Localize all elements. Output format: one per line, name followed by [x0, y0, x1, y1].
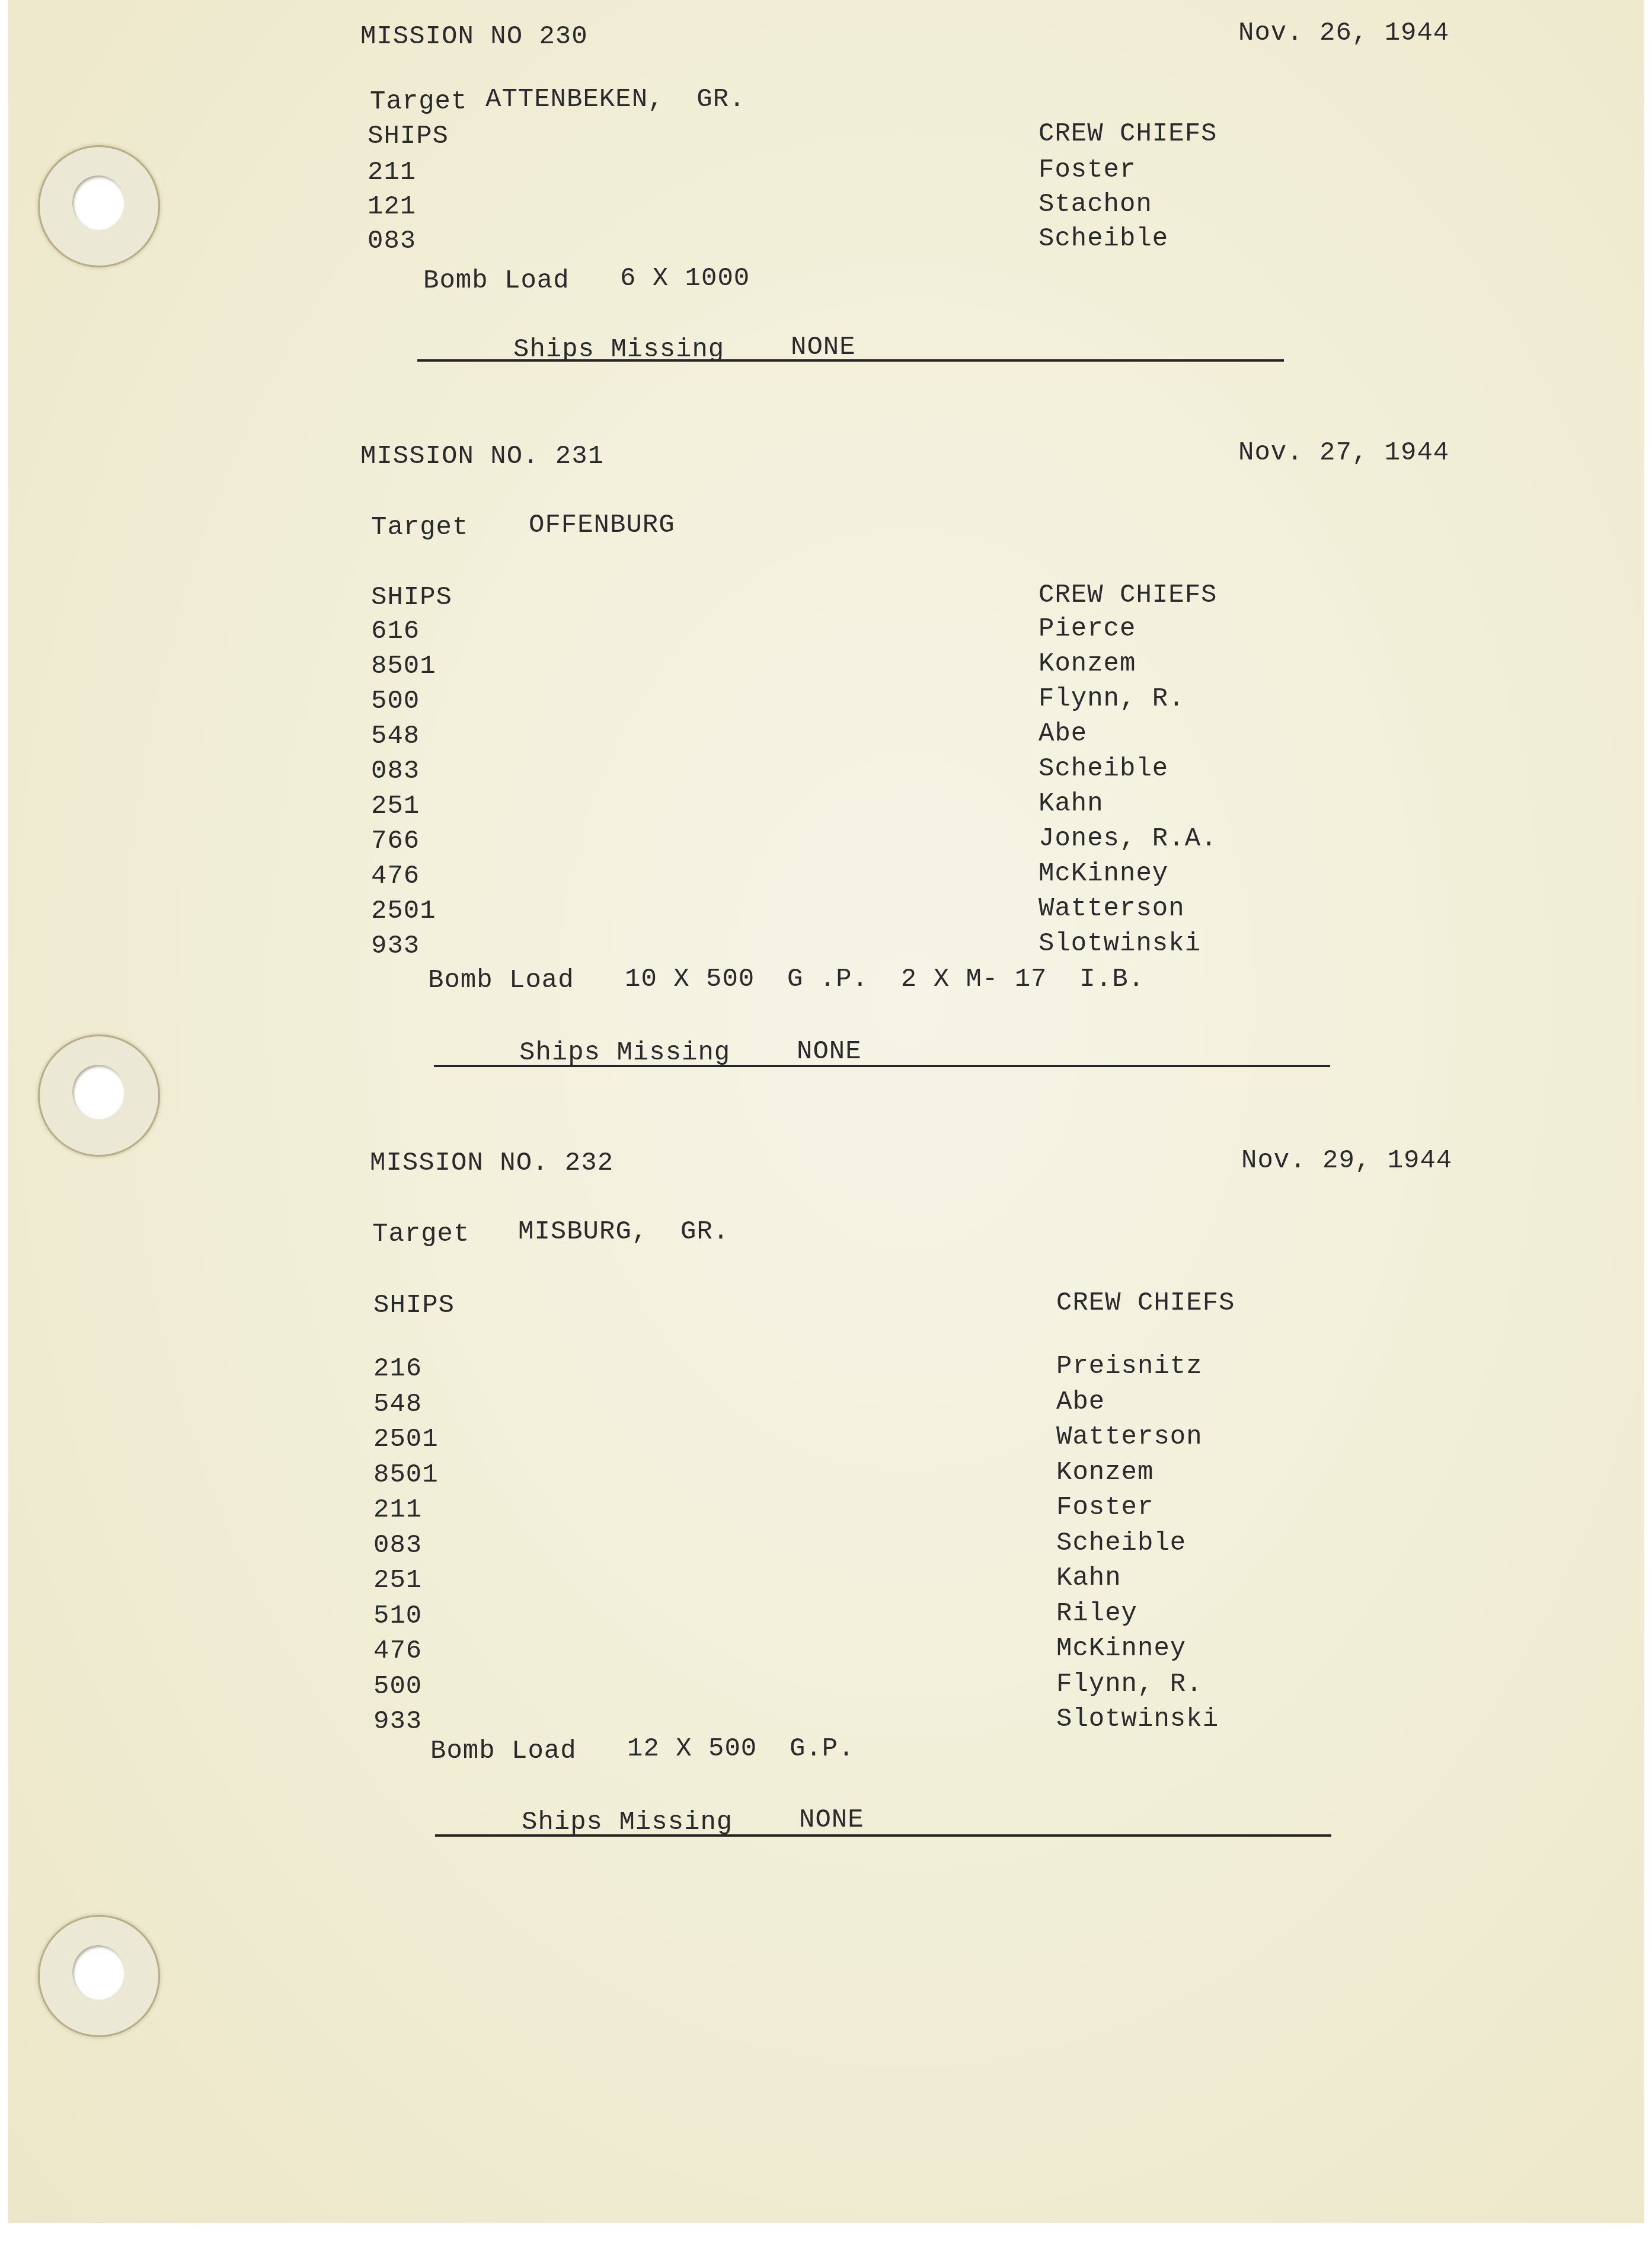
binder-hole: [72, 1065, 124, 1119]
mission-title: MISSION NO. 231: [360, 443, 604, 470]
ship-number: 2501: [371, 894, 436, 929]
crew-chiefs-header: CREW CHIEFS: [1039, 121, 1217, 147]
target-value: ATTENBEKEN, GR.: [485, 87, 745, 113]
target-label: Target: [372, 1221, 469, 1247]
ship-number: 500: [373, 1670, 439, 1705]
binder-hole: [72, 175, 124, 230]
crew-chief-name: Flynn, R.: [1039, 682, 1217, 717]
crew-chief-name: Kahn: [1056, 1561, 1219, 1597]
ship-number: 476: [373, 1634, 439, 1670]
ship-number: 548: [373, 1387, 439, 1423]
ships-header: SHIPS: [373, 1292, 455, 1319]
crew-chief-name: McKinney: [1056, 1632, 1219, 1667]
ship-number: 216: [373, 1352, 439, 1387]
crew-chief-name: Abe: [1039, 717, 1217, 752]
ship-number: 083: [368, 224, 416, 258]
ship-number: 083: [373, 1528, 439, 1564]
crew-chief-name: Flynn, R.: [1056, 1667, 1219, 1703]
crew-chief-name: Slotwinski: [1039, 927, 1217, 962]
crew-chief-name: Watterson: [1039, 892, 1217, 927]
bomb-load-label: Bomb Load: [430, 1738, 577, 1764]
crew-chief-name: Konzem: [1056, 1455, 1219, 1491]
ship-number: 083: [371, 754, 436, 789]
crew-chief-name: Slotwinski: [1056, 1702, 1219, 1738]
ship-number: 476: [371, 859, 436, 894]
ships-missing-label: Ships Missing: [519, 1040, 730, 1066]
ships-missing-value: NONE: [797, 1039, 862, 1065]
section-divider-line: [435, 1834, 1331, 1837]
crew-chief-name: Scheible: [1056, 1526, 1219, 1562]
crew-chief-name: Foster: [1056, 1490, 1219, 1526]
ship-number: 121: [368, 190, 416, 224]
ship-number: 211: [373, 1493, 439, 1528]
binder-hole-reinforcement-top: [38, 145, 160, 267]
target-value: OFFENBURG: [529, 512, 675, 538]
crew-chief-name: Preisnitz: [1056, 1349, 1219, 1385]
binder-hole-reinforcement-bottom: [38, 1915, 160, 2037]
ship-number: 211: [368, 155, 416, 190]
crew-chief-name: McKinney: [1039, 857, 1217, 892]
ships-list: 211 121 083: [368, 155, 416, 258]
mission-title: MISSION NO. 232: [370, 1150, 613, 1176]
crew-chiefs-list: Foster Stachon Scheible: [1039, 153, 1168, 256]
crew-chief-name: Kahn: [1039, 787, 1217, 822]
ship-number: 933: [371, 929, 436, 964]
binder-hole-reinforcement-middle: [38, 1035, 160, 1157]
crew-chief-name: Konzem: [1039, 647, 1217, 682]
ships-list: 216 548 2501 8501 211 083 251 510 476 50…: [373, 1352, 439, 1740]
target-value: MISBURG, GR.: [518, 1219, 729, 1245]
typewritten-page: MISSION NO 230 Nov. 26, 1944 Target ATTE…: [8, 0, 1644, 2223]
ships-header: SHIPS: [368, 123, 449, 149]
target-label: Target: [370, 89, 467, 115]
ship-number: 766: [371, 824, 436, 859]
crew-chief-name: Scheible: [1039, 222, 1168, 256]
ship-number: 251: [371, 789, 436, 824]
ship-number: 500: [371, 684, 436, 719]
mission-date: Nov. 29, 1944: [1241, 1148, 1452, 1174]
ships-missing-value: NONE: [799, 1807, 864, 1833]
target-label: Target: [371, 515, 468, 541]
ships-header: SHIPS: [371, 585, 452, 611]
crew-chief-name: Foster: [1039, 153, 1168, 187]
crew-chief-name: Jones, R.A.: [1039, 822, 1217, 857]
section-divider-line: [417, 359, 1284, 362]
ship-number: 933: [373, 1704, 439, 1740]
section-divider-line: [434, 1065, 1330, 1067]
ship-number: 2501: [373, 1422, 439, 1458]
ship-number: 251: [373, 1563, 439, 1599]
crew-chief-name: Riley: [1056, 1597, 1219, 1632]
ships-missing-label: Ships Missing: [522, 1809, 733, 1836]
ship-number: 510: [373, 1599, 439, 1635]
mission-title: MISSION NO 230: [360, 24, 588, 50]
crew-chiefs-list: Pierce Konzem Flynn, R. Abe Scheible Kah…: [1039, 612, 1217, 962]
bomb-load-value: 12 X 500 G.P.: [627, 1736, 855, 1762]
ship-number: 8501: [371, 649, 436, 684]
ship-number: 8501: [373, 1458, 439, 1493]
crew-chief-name: Stachon: [1039, 187, 1168, 222]
crew-chiefs-header: CREW CHIEFS: [1039, 582, 1217, 608]
bomb-load-label: Bomb Load: [428, 968, 574, 994]
crew-chief-name: Watterson: [1056, 1420, 1219, 1455]
mission-date: Nov. 27, 1944: [1238, 440, 1449, 466]
bomb-load-value: 10 X 500 G .P. 2 X M- 17 I.B.: [625, 966, 1145, 992]
bomb-load-label: Bomb Load: [423, 268, 570, 294]
crew-chief-name: Scheible: [1039, 752, 1217, 787]
crew-chiefs-list: Preisnitz Abe Watterson Konzem Foster Sc…: [1056, 1349, 1219, 1738]
ships-missing-value: NONE: [791, 334, 856, 360]
crew-chief-name: Pierce: [1039, 612, 1217, 647]
ships-list: 616 8501 500 548 083 251 766 476 2501 93…: [371, 614, 436, 964]
ship-number: 548: [371, 719, 436, 754]
bomb-load-value: 6 X 1000: [620, 266, 750, 292]
crew-chiefs-header: CREW CHIEFS: [1056, 1290, 1235, 1316]
crew-chief-name: Abe: [1056, 1385, 1219, 1421]
binder-hole: [72, 1945, 124, 2000]
mission-date: Nov. 26, 1944: [1238, 20, 1449, 46]
ship-number: 616: [371, 614, 436, 649]
